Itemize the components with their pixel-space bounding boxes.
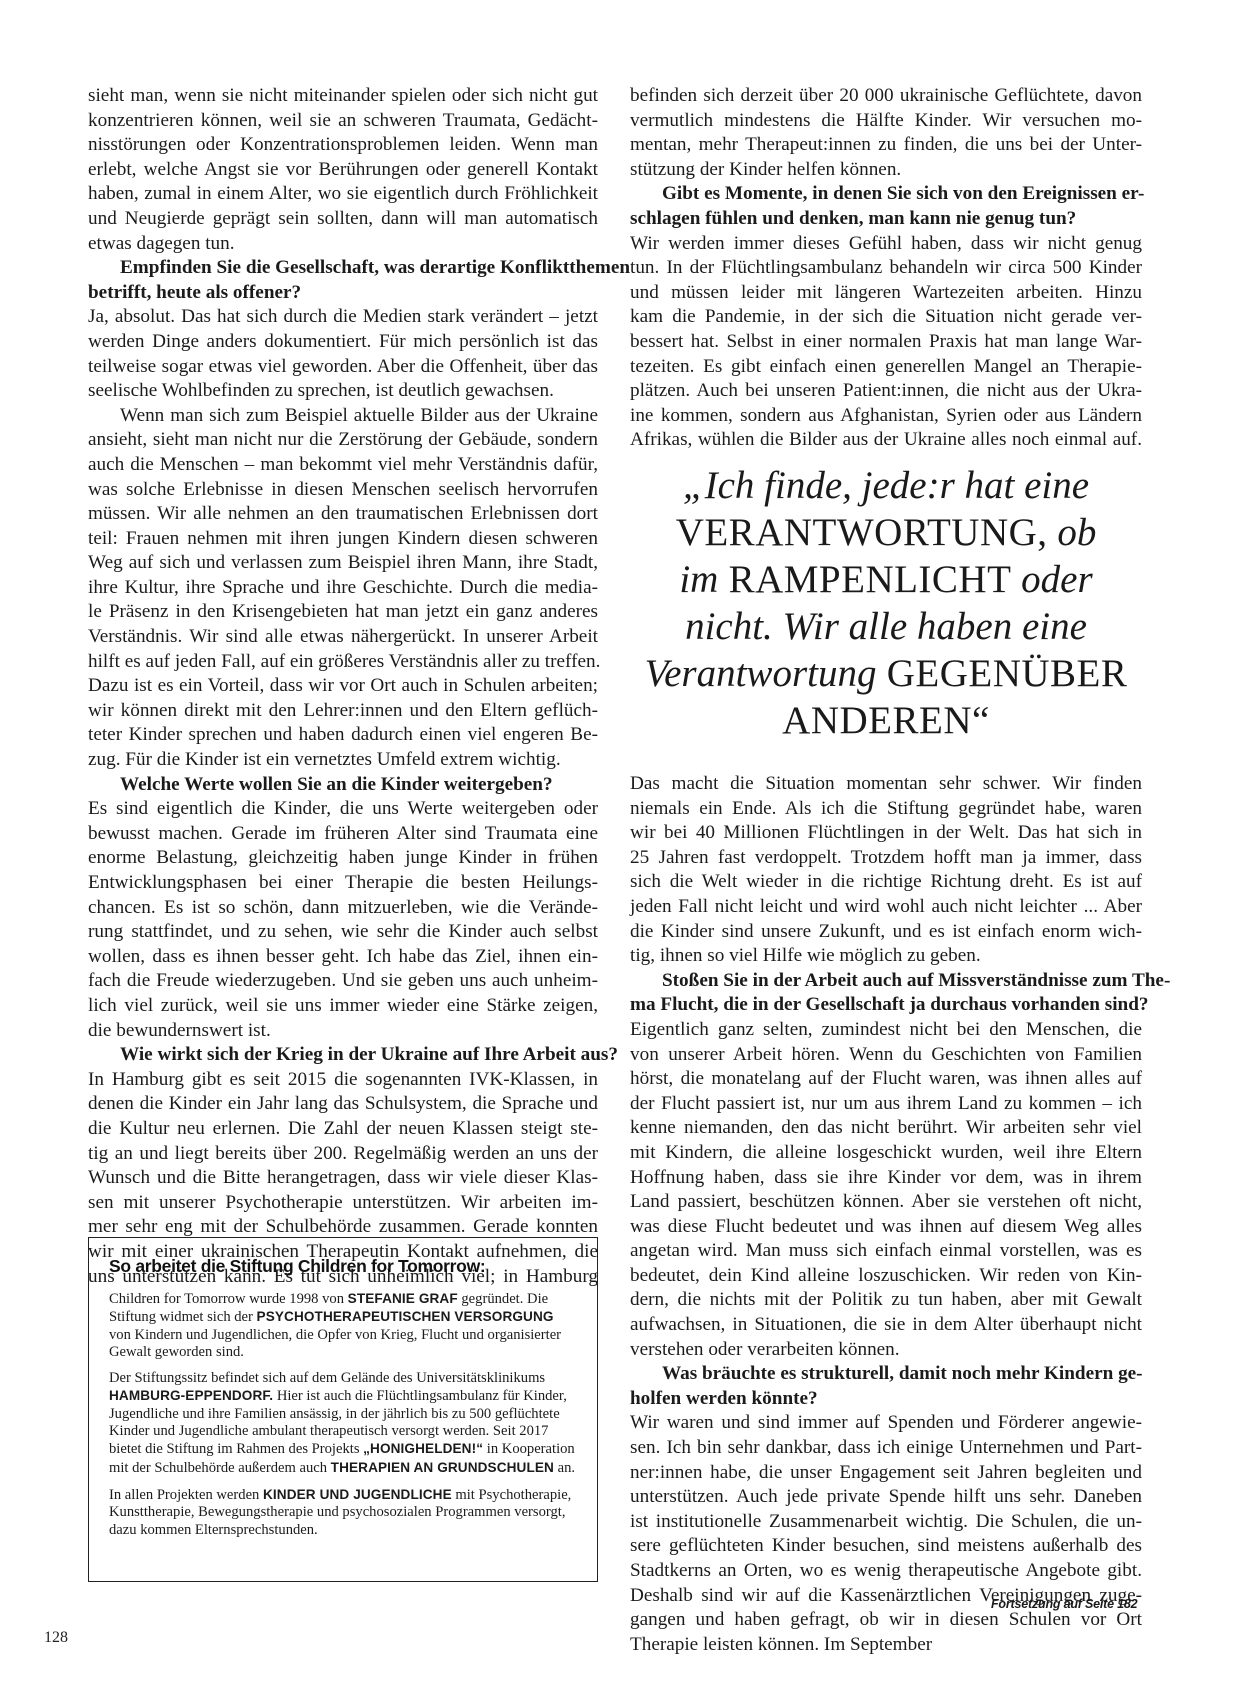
body-text-line: befinden sich derzeit über 20 000 ukrain… — [630, 84, 1142, 109]
body-text-line: verstehen oder verarbeiten können. — [630, 1338, 1142, 1363]
body-text-line: werden Dinge anders dokumentiert. Für mi… — [88, 330, 598, 355]
body-text-line: bessert hat. Selbst in einer normalen Pr… — [630, 330, 1142, 355]
body-text-line: und müssen leider mit längeren Wartezeit… — [630, 281, 1142, 306]
highlight-term: PSYCHOTHERAPEUTISCHEN VERSORGUNG — [257, 1309, 554, 1324]
interview-question-line: ma Flucht, die in der Gesellschaft ja du… — [630, 993, 1142, 1018]
body-text-line: unterstützen. Auch jede private Spende h… — [630, 1485, 1142, 1510]
article-right-column-top: befinden sich derzeit über 20 000 ukrain… — [630, 84, 1142, 453]
quote-italic: im — [679, 558, 718, 601]
pull-quote-line-4: nicht. Wir alle haben eine — [630, 603, 1142, 650]
text: Der Stiftungssitz befindet sich auf dem … — [109, 1370, 545, 1386]
highlight-name: STEFANIE GRAF — [348, 1291, 458, 1306]
body-text-line: ner:innen habe, die unser Engagement sei… — [630, 1461, 1142, 1486]
body-text-line: teter Kinder sprechen und haben dadurch … — [88, 723, 598, 748]
body-text-line: Das macht die Situation momentan sehr sc… — [630, 772, 1142, 797]
quote-caps: ANDEREN“ — [782, 699, 990, 742]
body-text-line: dern, die nichts mit der Politik zu tun … — [630, 1288, 1142, 1313]
body-text-line: bedeutet, dein Kind alleine loszuschicke… — [630, 1264, 1142, 1289]
body-text-line: Es sind eigentlich die Kinder, die uns W… — [88, 797, 598, 822]
body-text-line: wir können direkt mit den Lehrer:innen u… — [88, 699, 598, 724]
body-text-line: aufwachsen, in Situationen, die sie in d… — [630, 1313, 1142, 1338]
body-text-line: Land passiert, beschützen können. Aber s… — [630, 1190, 1142, 1215]
body-text-line: tezeiten. Es gibt einfach einen generell… — [630, 355, 1142, 380]
body-text-line: Wenn man sich zum Beispiel aktuelle Bild… — [88, 404, 598, 429]
body-text-line: angetan wird. Man muss sich einfach einm… — [630, 1239, 1142, 1264]
body-text-line: wollen, dass es ihnen besser geht. Ich h… — [88, 945, 598, 970]
body-text-line: Wir werden immer dieses Gefühl haben, da… — [630, 232, 1142, 257]
body-text-line: Dazu ist es ein Vorteil, dass wir vor Or… — [88, 674, 598, 699]
body-text-line: was diese Flucht bedeutet und was ihnen … — [630, 1215, 1142, 1240]
body-text-line: lich viel zurück, weil sie uns immer wie… — [88, 994, 598, 1019]
body-text-line: ansieht, sieht man nicht nur die Zerstör… — [88, 428, 598, 453]
body-text-line: und Neugierde geprägt sein sollten, dann… — [88, 207, 598, 232]
text: In allen Projekten werden — [109, 1487, 263, 1503]
continuation-note: Fortsetzung auf Seite 182 — [991, 1597, 1137, 1611]
body-text-line: tig, ihnen so viel Hilfe wie möglich zu … — [630, 944, 1142, 969]
body-text-line: ist institutionelle Zusammenarbeit wicht… — [630, 1510, 1142, 1535]
body-text-line: jeden Fall nicht leicht und wird wohl au… — [630, 895, 1142, 920]
quote-caps: RAMPENLICHT — [718, 558, 1011, 601]
body-text-line: niemals ein Ende. Als ich die Stiftung g… — [630, 797, 1142, 822]
pull-quote: „Ich finde, jede:r hat eine VERANTWORTUN… — [630, 462, 1142, 744]
body-text-line: plätzen. Auch bei unseren Patient:innen,… — [630, 379, 1142, 404]
body-text-line: etwas dagegen tun. — [88, 232, 598, 257]
interview-question-line: Stoßen Sie in der Arbeit auch auf Missve… — [630, 969, 1142, 994]
quote-italic: „Ich finde, jede:r hat eine — [683, 464, 1089, 507]
body-text-line: Weg auf sich und verlassen zum Beispiel … — [88, 551, 598, 576]
interview-question-line: Wie wirkt sich der Krieg in der Ukraine … — [88, 1043, 598, 1068]
body-text-line: mit Kindern, die alleine losgeschickt wu… — [630, 1141, 1142, 1166]
quote-caps: GEGENÜBER — [876, 652, 1127, 695]
body-text-line: seelische Wohlbefinden zu sprechen, ist … — [88, 379, 598, 404]
highlight-location: HAMBURG-EPPENDORF. — [109, 1388, 273, 1403]
body-text-line: teilweise sogar etwas viel geworden. Abe… — [88, 355, 598, 380]
body-text-line: konzentrieren können, weil sie an schwer… — [88, 109, 598, 134]
body-text-line: sieht man, wenn sie nicht miteinander sp… — [88, 84, 598, 109]
article-right-column-bottom: Das macht die Situation momentan sehr sc… — [630, 772, 1142, 1657]
info-box-title: So arbeitet die Stiftung Children for To… — [109, 1256, 577, 1277]
body-text-line: haben, zumal in einem Alter, wo sie eige… — [88, 182, 598, 207]
body-text-line: Hoffnung haben, dass sie ihre Kinder vor… — [630, 1166, 1142, 1191]
body-text-line: Entwicklungsphasen bei einer Therapie di… — [88, 871, 598, 896]
pull-quote-line-3: im RAMPENLICHT oder — [630, 556, 1142, 603]
body-text-line: sere geflüchteten Kinder besuchen, sind … — [630, 1534, 1142, 1559]
body-text-line: Eigentlich ganz selten, zumindest nicht … — [630, 1018, 1142, 1043]
info-box-children-for-tomorrow: So arbeitet die Stiftung Children for To… — [88, 1237, 598, 1582]
body-text-line: auch die Menschen – man bekommt viel meh… — [88, 453, 598, 478]
body-text-line: die Kultur neu erlernen. Die Zahl der ne… — [88, 1117, 598, 1142]
body-text-line: erlebt, welche Angst sie vor Berührungen… — [88, 158, 598, 183]
body-text-line: hörst, die monatelang auf der Flucht war… — [630, 1067, 1142, 1092]
highlight-term: THERAPIEN AN GRUNDSCHULEN — [331, 1460, 554, 1475]
body-text-line: wir bei 40 Millionen Flüchtlingen in der… — [630, 821, 1142, 846]
body-text-line: chancen. Es ist so schön, dann mitzuerle… — [88, 896, 598, 921]
pull-quote-line-6: ANDEREN“ — [630, 697, 1142, 744]
body-text-line: nisstörungen oder Konzentrationsprobleme… — [88, 133, 598, 158]
interview-question-line: Gibt es Momente, in denen Sie sich von d… — [630, 182, 1142, 207]
interview-question-line: holfen werden könnte? — [630, 1387, 1142, 1412]
interview-question-line: Empfinden Sie die Gesellschaft, was dera… — [88, 256, 598, 281]
body-text-line: der Flucht passiert ist, nur um aus ihre… — [630, 1092, 1142, 1117]
body-text-line: teil: Frauen nehmen mit ihren jungen Kin… — [88, 527, 598, 552]
body-text-line: die bewundernswert ist. — [88, 1019, 598, 1044]
info-box-paragraph-3: In allen Projekten werden KINDER UND JUG… — [109, 1486, 577, 1539]
body-text-line: gangen und haben gefragt, ob wir in dies… — [630, 1608, 1142, 1633]
body-text-line: ihre Kultur, ihre Sprache und ihre Gesch… — [88, 576, 598, 601]
pull-quote-line-5: Verantwortung GEGENÜBER — [630, 650, 1142, 697]
body-text-line: sen. Ich bin sehr dankbar, dass ich eini… — [630, 1436, 1142, 1461]
body-text-line: stützung der Kinder helfen können. — [630, 158, 1142, 183]
pull-quote-line-1: „Ich finde, jede:r hat eine — [630, 462, 1142, 509]
quote-italic: Verantwortung — [645, 652, 877, 695]
body-text-line: Stadtkerns an Orten, wo es wenig therape… — [630, 1559, 1142, 1584]
quote-caps: VERANTWORTUNG, — [676, 511, 1048, 554]
body-text-line: Verständnis. Wir sind alle etwas näherge… — [88, 625, 598, 650]
body-text-line: Ja, absolut. Das hat sich durch die Medi… — [88, 305, 598, 330]
interview-question-line: Was bräuchte es strukturell, damit noch … — [630, 1362, 1142, 1387]
body-text-line: bewusst machen. Gerade im früheren Alter… — [88, 822, 598, 847]
body-text-line: fach die Freude wiederzugeben. Und sie g… — [88, 969, 598, 994]
body-text-line: Therapie leisten können. Im September — [630, 1633, 1142, 1658]
body-text-line: kenne niemanden, den das nicht berührt. … — [630, 1116, 1142, 1141]
body-text-line: vermutlich mindestens die Hälfte Kinder.… — [630, 109, 1142, 134]
body-text-line: die Kinder sind unsere Zukunft, und es i… — [630, 920, 1142, 945]
body-text-line: mentan, mehr Therapeut:innen zu finden, … — [630, 133, 1142, 158]
body-text-line: sen mit unserer Psychotherapie unterstüt… — [88, 1191, 598, 1216]
article-left-column: sieht man, wenn sie nicht miteinander sp… — [88, 84, 598, 1289]
text: Children for Tomorrow wurde 1998 von — [109, 1291, 348, 1307]
highlight-term: KINDER UND JUGENDLICHE — [263, 1487, 452, 1502]
body-text-line: tig an und liegt bereits über 200. Regel… — [88, 1142, 598, 1167]
highlight-project: „HONIGHELDEN!“ — [363, 1441, 483, 1456]
body-text-line: rung stattfindet, und zu sehen, wie sehr… — [88, 920, 598, 945]
body-text-line: kam die Pandemie, in der sich die Situat… — [630, 305, 1142, 330]
quote-italic: oder — [1011, 558, 1092, 601]
info-box-paragraph-1: Children for Tomorrow wurde 1998 von STE… — [109, 1290, 577, 1361]
quote-italic: ob — [1048, 511, 1097, 554]
body-text-line: 25 Jahren fast verdoppelt. Trotzdem hoff… — [630, 846, 1142, 871]
body-text-line: hilft es auf jeden Fall, auf ein größere… — [88, 650, 598, 675]
body-text-line: von unserer Arbeit hören. Wenn du Geschi… — [630, 1043, 1142, 1068]
body-text-line: enorme Belastung, gleichzeitig haben jun… — [88, 846, 598, 871]
body-text-line: Afrikas, wühlen die Bilder aus der Ukrai… — [630, 428, 1142, 453]
info-box-paragraph-2: Der Stiftungssitz befindet sich auf dem … — [109, 1370, 577, 1477]
body-text-line: le Präsenz in den Krisengebieten hat man… — [88, 600, 598, 625]
body-text-line: Wunsch und die Bitte herangetragen, dass… — [88, 1166, 598, 1191]
body-text-line: zug. Für die Kinder ist ein vernetztes U… — [88, 748, 598, 773]
page-number: 128 — [44, 1629, 68, 1647]
quote-italic: nicht. Wir alle haben eine — [685, 605, 1087, 648]
body-text-line: ine kommen, sondern aus Afghanistan, Syr… — [630, 404, 1142, 429]
text: von Kindern und Jugendlichen, die Opfer … — [109, 1327, 561, 1360]
body-text-line: müssen. Wir alle nehmen an den traumatis… — [88, 502, 598, 527]
pull-quote-line-2: VERANTWORTUNG, ob — [630, 509, 1142, 556]
interview-question-line: Welche Werte wollen Sie an die Kinder we… — [88, 773, 598, 798]
body-text-line: In Hamburg gibt es seit 2015 die sogenan… — [88, 1068, 598, 1093]
body-text-line: was solche Erlebnisse in diesen Menschen… — [88, 478, 598, 503]
interview-question-line: schlagen fühlen und denken, man kann nie… — [630, 207, 1142, 232]
body-text-line: Wir waren und sind immer auf Spenden und… — [630, 1411, 1142, 1436]
text: an. — [554, 1460, 575, 1476]
body-text-line: denen die Kinder ein Jahr lang das Schul… — [88, 1092, 598, 1117]
interview-question-line: betrifft, heute als offener? — [88, 281, 598, 306]
body-text-line: tun. In der Flüchtlingsambulanz behandel… — [630, 256, 1142, 281]
body-text-line: sich die Welt wieder in die richtige Ric… — [630, 870, 1142, 895]
